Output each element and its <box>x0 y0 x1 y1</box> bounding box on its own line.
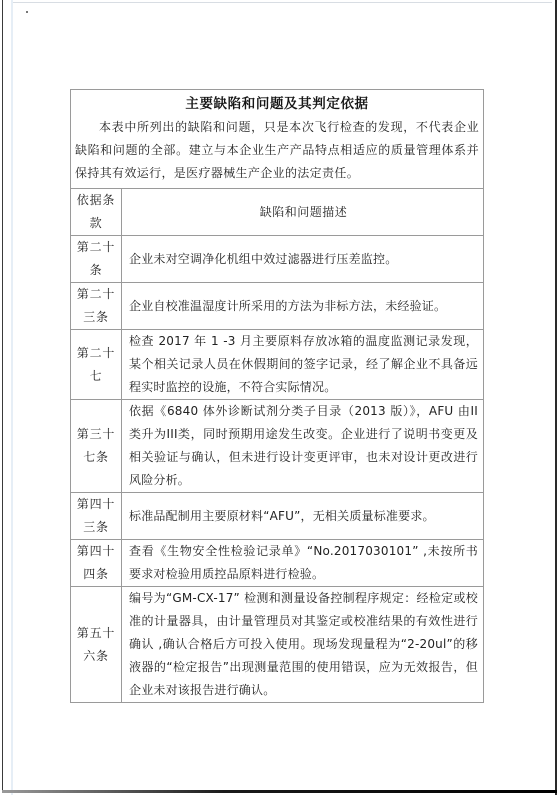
clause-cell: 第二十三条 <box>71 283 122 330</box>
clause-cell: 第五十六条 <box>71 587 122 703</box>
scan-right-edge <box>555 0 557 795</box>
table-row: 第四十四条 查看《生物安全性检验记录单》“No.2017030101” ,未按所… <box>71 540 484 587</box>
intro-row: 主要缺陷和问题及其判定依据 本表中所列出的缺陷和问题，只是本次飞行检查的发现，不… <box>71 90 484 189</box>
table-row: 第二十七 检查 2017 年 1 -3 月主要原料存放冰箱的温度监测记录发现，某… <box>71 330 484 400</box>
clause-cell: 第四十四条 <box>71 540 122 587</box>
description-cell: 编号为“GM-CX-17” 检测和测量设备控制程序规定：经检定或校准的计量器具，… <box>122 587 484 703</box>
description-cell: 企业未对空调净化机组中效过滤器进行压差监控。 <box>122 236 484 283</box>
scan-left-tint <box>11 0 13 795</box>
clause-cell: 第四十三条 <box>71 493 122 540</box>
intro-cell: 主要缺陷和问题及其判定依据 本表中所列出的缺陷和问题，只是本次飞行检查的发现，不… <box>71 90 484 189</box>
clause-cell: 第二十七 <box>71 330 122 400</box>
scan-bottom-edge <box>2 790 557 793</box>
table-row: 第五十六条 编号为“GM-CX-17” 检测和测量设备控制程序规定：经检定或校准… <box>71 587 484 703</box>
description-cell: 依据《6840 体外诊断试剂分类子目录（2013 版）》，AFU 由II类升为I… <box>122 400 484 493</box>
clause-cell: 第三十七条 <box>71 400 122 493</box>
description-cell: 查看《生物安全性检验记录单》“No.2017030101” ,未按所书要求对检验… <box>122 540 484 587</box>
page-title: 主要缺陷和问题及其判定依据 <box>75 92 479 116</box>
table-row: 第二十条 企业未对空调净化机组中效过滤器进行压差监控。 <box>71 236 484 283</box>
findings-table: 主要缺陷和问题及其判定依据 本表中所列出的缺陷和问题，只是本次飞行检查的发现，不… <box>70 89 484 703</box>
table-row: 第三十七条 依据《6840 体外诊断试剂分类子目录（2013 版）》，AFU 由… <box>71 400 484 493</box>
intro-paragraph: 本表中所列出的缺陷和问题，只是本次飞行检查的发现，不代表企业缺陷和问题的全部。建… <box>75 116 479 185</box>
scan-top-edge <box>12 2 552 3</box>
table-row: 第四十三条 标准品配制用主要原材料“AFU”，无相关质量标准要求。 <box>71 493 484 540</box>
description-cell: 检查 2017 年 1 -3 月主要原料存放冰箱的温度监测记录发现，某个相关记录… <box>122 330 484 400</box>
header-clause: 依据条款 <box>71 189 122 236</box>
description-cell: 企业自校准温湿度计所采用的方法为非标方法，未经验证。 <box>122 283 484 330</box>
header-description: 缺陷和问题描述 <box>122 189 484 236</box>
table-row: 第二十三条 企业自校准温湿度计所采用的方法为非标方法，未经验证。 <box>71 283 484 330</box>
clause-cell: 第二十条 <box>71 236 122 283</box>
scan-speck <box>26 11 28 13</box>
description-cell: 标准品配制用主要原材料“AFU”，无相关质量标准要求。 <box>122 493 484 540</box>
header-row: 依据条款 缺陷和问题描述 <box>71 189 484 236</box>
scan-left-edge <box>2 0 3 792</box>
